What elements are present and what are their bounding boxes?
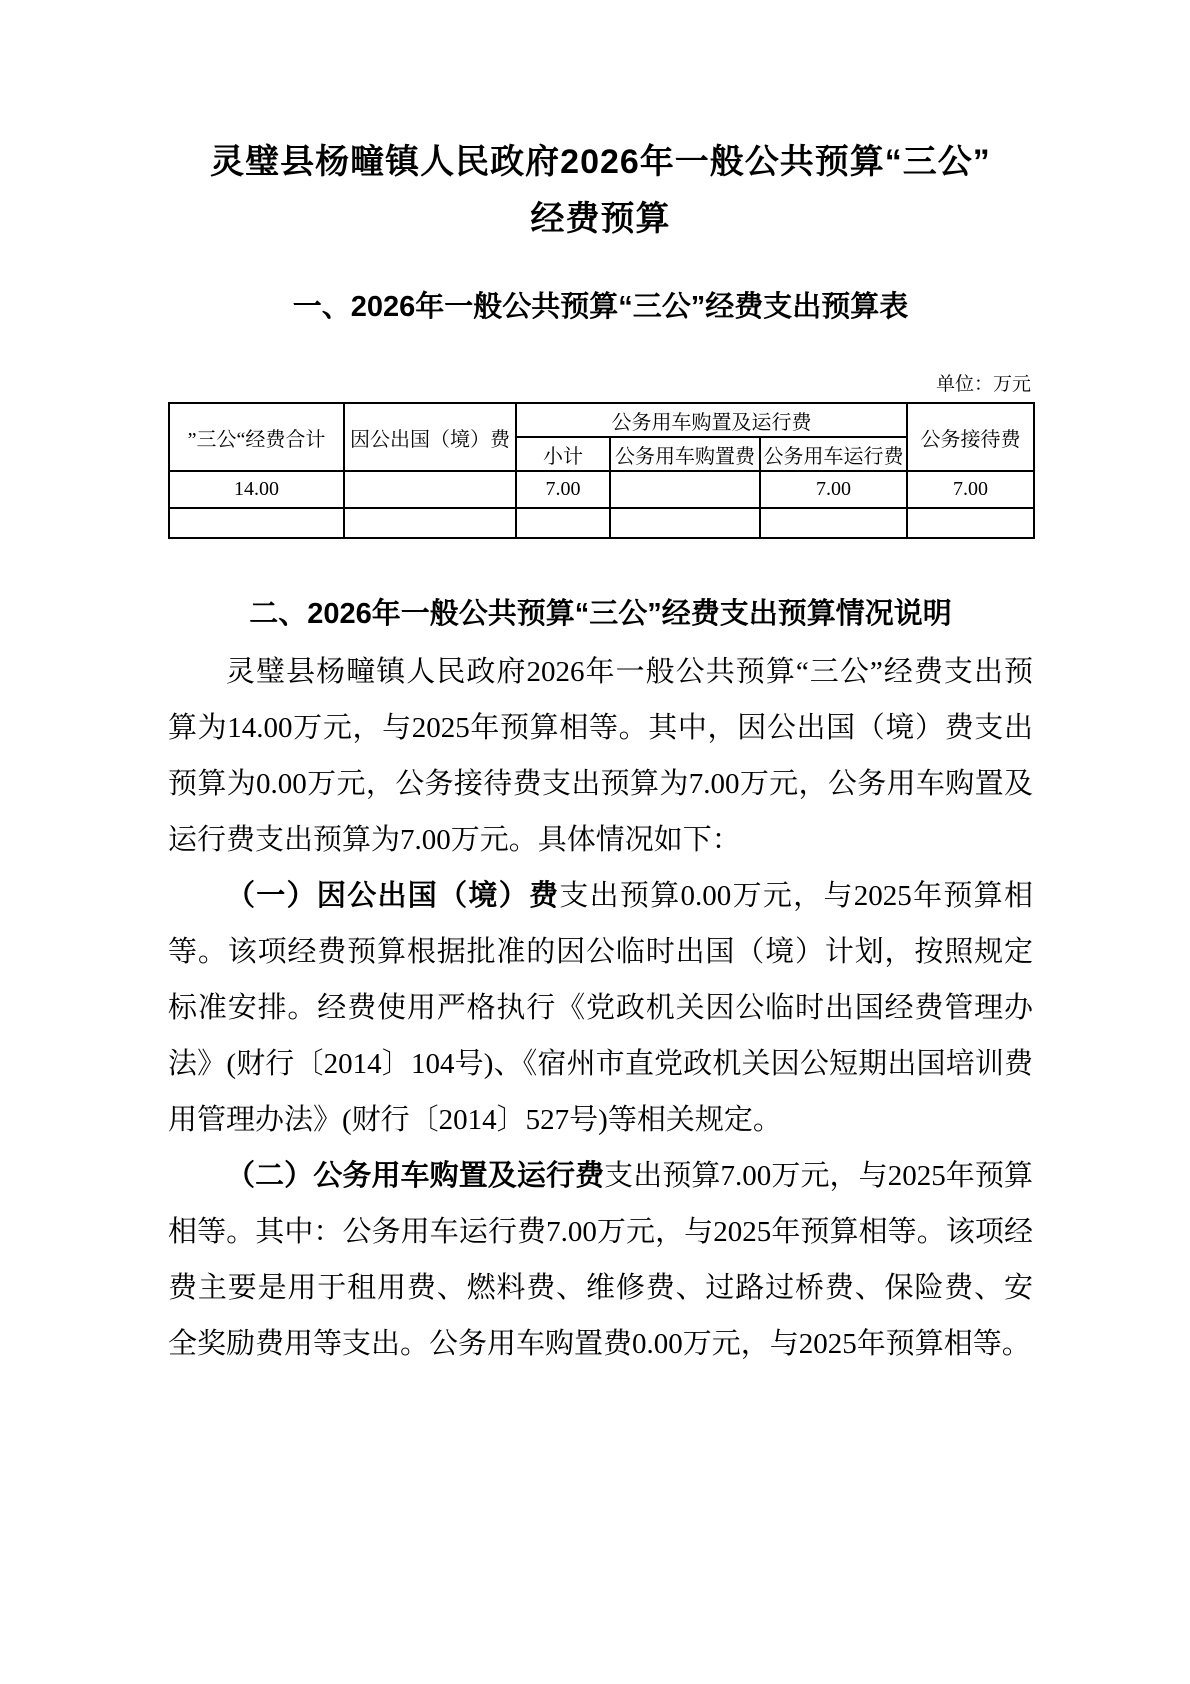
table-cell: [516, 508, 610, 538]
cell-vehicle-subtotal-value: 7.00: [516, 471, 610, 508]
paragraph-vehicle-expense: （二）公务用车购置及运行费支出预算7.00万元，与2025年预算相等。其中：公务…: [168, 1148, 1033, 1372]
section2-heading: 二、2026年一般公共预算“三公”经费支出预算情况说明: [168, 593, 1033, 635]
document-title-line-2: 经费预算: [168, 191, 1033, 248]
table-header-abroad: 因公出国（境）费: [344, 403, 516, 471]
paragraph-text: 支出预算0.00万元，与2025年预算相等。该项经费预算根据批准的因公临时出国（…: [168, 880, 1033, 1136]
three-public-expense-table: ”三公“经费合计 因公出国（境）费 公务用车购置及运行费 公务接待费 小计 公务…: [168, 402, 1035, 539]
cell-vehicle-purchase-value: [610, 471, 760, 508]
table-cell: [760, 508, 907, 538]
table-cell: [169, 508, 344, 538]
table-header-reception: 公务接待费: [907, 403, 1034, 471]
table-header-vehicle-subtotal: 小计: [516, 437, 610, 471]
section1-heading: 一、2026年一般公共预算“三公”经费支出预算表: [168, 286, 1033, 328]
cell-vehicle-operation-value: 7.00: [760, 471, 907, 508]
paragraph-text: 灵璧县杨疃镇人民政府2026年一般公共预算“三公”经费支出预算为14.00万元，…: [168, 656, 1033, 856]
table-unit-label: 单位：万元: [168, 371, 1033, 398]
cell-abroad-value: [344, 471, 516, 508]
table-row: 14.00 7.00 7.00 7.00: [169, 471, 1034, 508]
table-cell: [610, 508, 760, 538]
paragraph-overview: 灵璧县杨疃镇人民政府2026年一般公共预算“三公”经费支出预算为14.00万元，…: [168, 644, 1033, 868]
table-header-row-1: ”三公“经费合计 因公出国（境）费 公务用车购置及运行费 公务接待费: [169, 403, 1034, 437]
table-header-total: ”三公“经费合计: [169, 403, 344, 471]
paragraph-abroad-expense: （一）因公出国（境）费支出预算0.00万元，与2025年预算相等。该项经费预算根…: [168, 868, 1033, 1148]
section2-body: 灵璧县杨疃镇人民政府2026年一般公共预算“三公”经费支出预算为14.00万元，…: [168, 644, 1033, 1372]
document-title-line-1: 灵璧县杨疃镇人民政府2026年一般公共预算“三公”: [168, 134, 1033, 191]
cell-reception-value: 7.00: [907, 471, 1034, 508]
document-page: 灵璧县杨疃镇人民政府2026年一般公共预算“三公” 经费预算 一、2026年一般…: [0, 0, 1190, 1684]
table-row: [169, 508, 1034, 538]
paragraph-lead: （一）因公出国（境）费: [226, 880, 559, 912]
table-header-vehicle-purchase: 公务用车购置费: [610, 437, 760, 471]
table-header-vehicle-group: 公务用车购置及运行费: [516, 403, 907, 437]
table-cell: [907, 508, 1034, 538]
table-cell: [344, 508, 516, 538]
paragraph-lead: （二）公务用车购置及运行费: [226, 1160, 604, 1192]
table-header-vehicle-operation: 公务用车运行费: [760, 437, 907, 471]
cell-total-value: 14.00: [169, 471, 344, 508]
document-content: 灵璧县杨疃镇人民政府2026年一般公共预算“三公” 经费预算 一、2026年一般…: [0, 0, 1190, 1372]
